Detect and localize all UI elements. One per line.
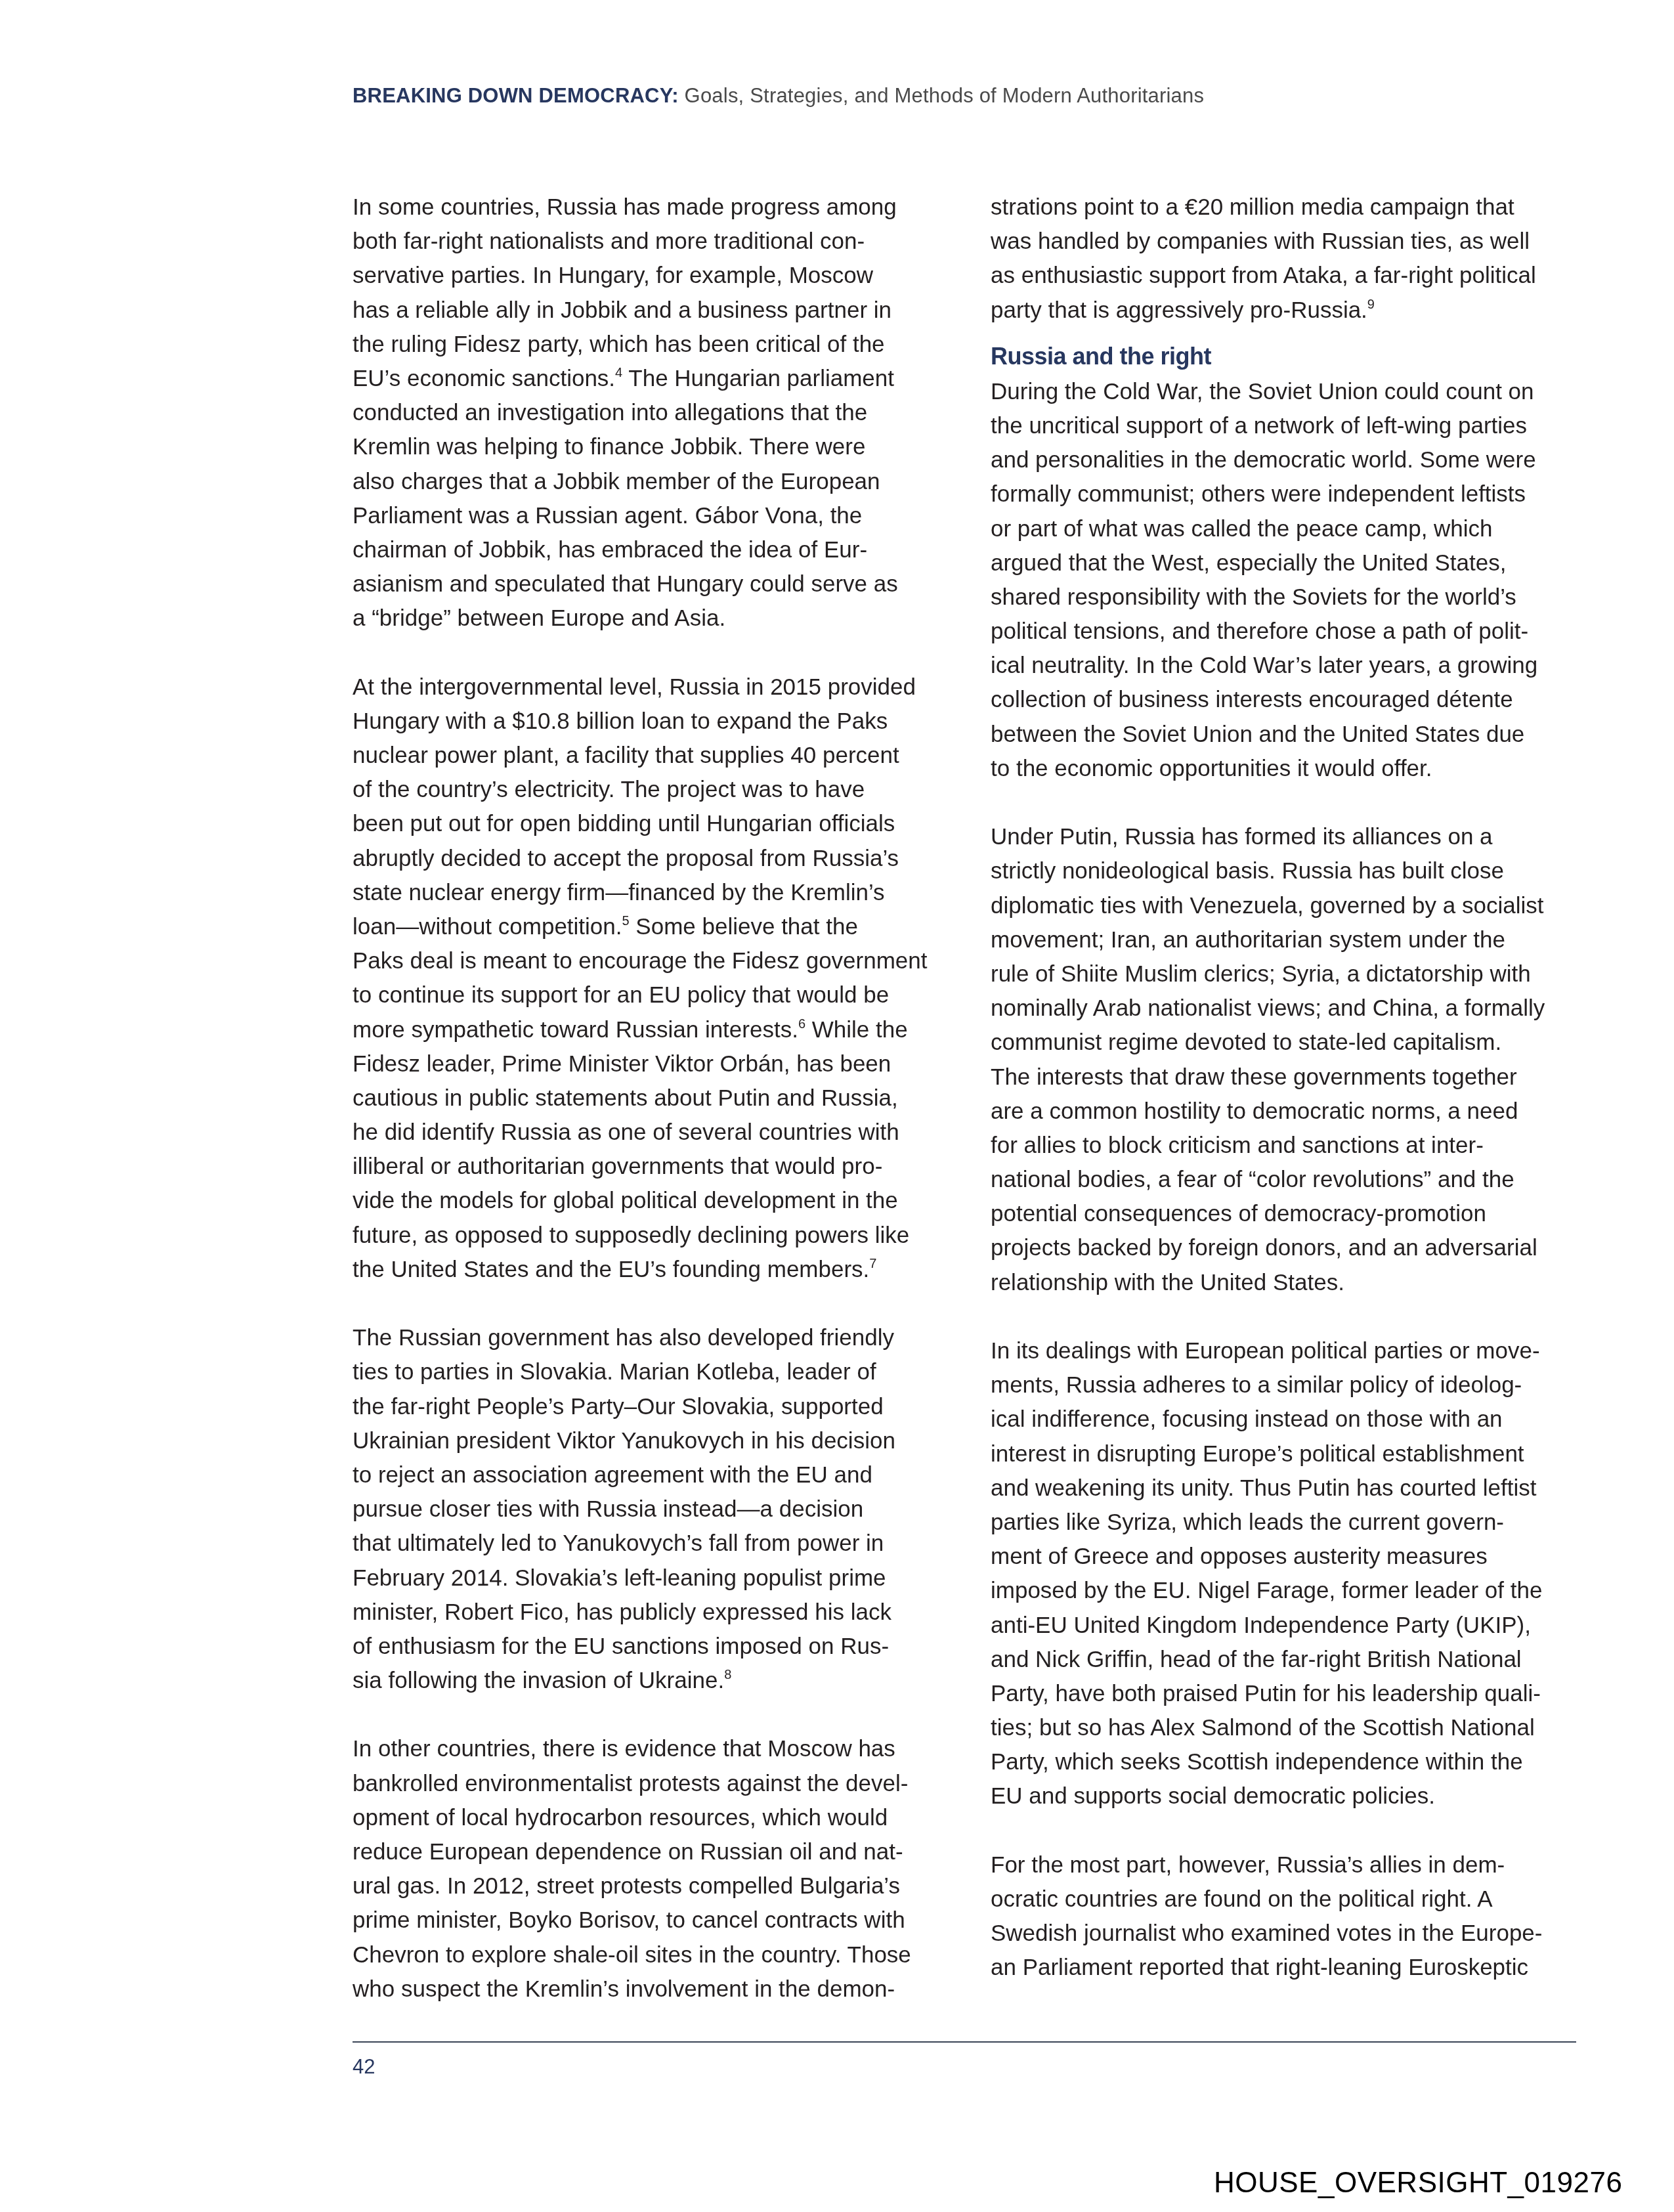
text-line: EU’s economic sanctions.4 The Hungarian … xyxy=(353,362,943,396)
right-column: strations point to a €20 million media c… xyxy=(991,190,1581,1985)
text-line: the United States and the EU’s founding … xyxy=(353,1253,943,1287)
text-line: and personalities in the democratic worl… xyxy=(991,443,1581,477)
page-number: 42 xyxy=(353,2055,375,2079)
text-line: ical neutrality. In the Cold War’s later… xyxy=(991,649,1581,683)
text-line: the ruling Fidesz party, which has been … xyxy=(353,328,943,362)
report-subtitle: Goals, Strategies, and Methods of Modern… xyxy=(685,84,1205,107)
text-line: party that is aggressively pro-Russia.9 xyxy=(991,293,1581,328)
text-line: the uncritical support of a network of l… xyxy=(991,409,1581,443)
text-line: shared responsibility with the Soviets f… xyxy=(991,580,1581,615)
text-line: to continue its support for an EU policy… xyxy=(353,978,943,1012)
paragraph: At the intergovernmental level, Russia i… xyxy=(353,670,943,1287)
paragraph-spacer xyxy=(991,1300,1581,1334)
text-line: ties; but so has Alex Salmond of the Sco… xyxy=(991,1711,1581,1745)
text-line: parties like Syriza, which leads the cur… xyxy=(991,1506,1581,1540)
paragraph: During the Cold War, the Soviet Union co… xyxy=(991,375,1581,786)
text-line: to reject an association agreement with … xyxy=(353,1458,943,1492)
text-line: state nuclear energy firm—financed by th… xyxy=(353,876,943,910)
text-line: Under Putin, Russia has formed its allia… xyxy=(991,820,1581,854)
text-line: anti-EU United Kingdom Independence Part… xyxy=(991,1609,1581,1643)
text-line: Kremlin was helping to finance Jobbik. T… xyxy=(353,430,943,464)
paragraph: strations point to a €20 million media c… xyxy=(991,190,1581,328)
text-line: Swedish journalist who examined votes in… xyxy=(991,1917,1581,1951)
text-line: ties to parties in Slovakia. Marian Kotl… xyxy=(353,1355,943,1389)
text-line: was handled by companies with Russian ti… xyxy=(991,225,1581,259)
text-line: Parliament was a Russian agent. Gábor Vo… xyxy=(353,499,943,533)
text-line: At the intergovernmental level, Russia i… xyxy=(353,670,943,705)
text-line: cautious in public statements about Puti… xyxy=(353,1081,943,1116)
paragraph: The Russian government has also develope… xyxy=(353,1321,943,1698)
text-line: abruptly decided to accept the proposal … xyxy=(353,842,943,876)
text-line: ments, Russia adheres to a similar polic… xyxy=(991,1368,1581,1402)
text-line: Ukrainian president Viktor Yanukovych in… xyxy=(353,1424,943,1458)
text-line: that ultimately led to Yanukovych’s fall… xyxy=(353,1527,943,1561)
text-line: been put out for open bidding until Hung… xyxy=(353,807,943,841)
text-line: argued that the West, especially the Uni… xyxy=(991,546,1581,580)
text-line: sia following the invasion of Ukraine.8 xyxy=(353,1664,943,1698)
text-line: minister, Robert Fico, has publicly expr… xyxy=(353,1595,943,1630)
paragraph-spacer xyxy=(353,636,943,670)
text-line: Fidesz leader, Prime Minister Viktor Orb… xyxy=(353,1047,943,1081)
text-line: communist regime devoted to state-led ca… xyxy=(991,1026,1581,1060)
paragraph: For the most part, however, Russia’s all… xyxy=(991,1848,1581,1985)
text-line: nuclear power plant, a facility that sup… xyxy=(353,739,943,773)
text-line: interest in disrupting Europe’s politica… xyxy=(991,1437,1581,1471)
text-line: diplomatic ties with Venezuela, governed… xyxy=(991,889,1581,923)
text-line: strations point to a €20 million media c… xyxy=(991,190,1581,225)
text-line: relationship with the United States. xyxy=(991,1266,1581,1300)
text-line: reduce European dependence on Russian oi… xyxy=(353,1835,943,1869)
text-line: formally communist; others were independ… xyxy=(991,477,1581,511)
left-column: In some countries, Russia has made progr… xyxy=(353,190,943,2006)
text-line: projects backed by foreign donors, and a… xyxy=(991,1231,1581,1265)
text-line: loan—without competition.5 Some believe … xyxy=(353,910,943,944)
bates-stamp: HOUSE_OVERSIGHT_019276 xyxy=(1214,2167,1622,2200)
footnote-ref[interactable]: 9 xyxy=(1367,297,1375,312)
text-line: for allies to block criticism and sancti… xyxy=(991,1129,1581,1163)
text-line: who suspect the Kremlin’s involvement in… xyxy=(353,1972,943,2006)
text-line: pursue closer ties with Russia instead—a… xyxy=(353,1492,943,1527)
text-line: both far-right nationalists and more tra… xyxy=(353,225,943,259)
text-line: ical indifference, focusing instead on t… xyxy=(991,1402,1581,1437)
text-line: and weakening its unity. Thus Putin has … xyxy=(991,1471,1581,1506)
text-line: a “bridge” between Europe and Asia. xyxy=(353,601,943,636)
paragraph: Under Putin, Russia has formed its allia… xyxy=(991,820,1581,1300)
text-line: rule of Shiite Muslim clerics; Syria, a … xyxy=(991,957,1581,991)
text-line: In other countries, there is evidence th… xyxy=(353,1732,943,1766)
text-line: ocratic countries are found on the polit… xyxy=(991,1882,1581,1917)
paragraph-spacer xyxy=(353,1698,943,1732)
text-line: an Parliament reported that right-leanin… xyxy=(991,1951,1581,1985)
text-line: potential consequences of democracy-prom… xyxy=(991,1197,1581,1231)
text-line: servative parties. In Hungary, for examp… xyxy=(353,259,943,293)
text-line: Hungary with a $10.8 billion loan to exp… xyxy=(353,705,943,739)
footnote-ref[interactable]: 4 xyxy=(615,366,622,380)
text-line: to the economic opportunities it would o… xyxy=(991,752,1581,786)
text-line: Chevron to explore shale-oil sites in th… xyxy=(353,1938,943,1972)
text-line: prime minister, Boyko Borisov, to cancel… xyxy=(353,1903,943,1938)
text-line: ural gas. In 2012, street protests compe… xyxy=(353,1869,943,1903)
text-line: During the Cold War, the Soviet Union co… xyxy=(991,375,1581,409)
report-title: BREAKING DOWN DEMOCRACY: xyxy=(353,84,679,107)
text-line: movement; Iran, an authoritarian system … xyxy=(991,923,1581,957)
section-subheading: Russia and the right xyxy=(991,336,1581,375)
text-line: Paks deal is meant to encourage the Fide… xyxy=(353,944,943,978)
text-line: political tensions, and therefore chose … xyxy=(991,615,1581,649)
footnote-ref[interactable]: 8 xyxy=(724,1668,731,1682)
paragraph-spacer xyxy=(353,1287,943,1321)
paragraph-spacer xyxy=(991,1814,1581,1848)
paragraph-spacer xyxy=(991,786,1581,820)
text-line: In its dealings with European political … xyxy=(991,1334,1581,1368)
text-line: nominally Arab nationalist views; and Ch… xyxy=(991,991,1581,1026)
text-line: ment of Greece and opposes austerity mea… xyxy=(991,1540,1581,1574)
text-line: strictly nonideological basis. Russia ha… xyxy=(991,854,1581,888)
text-line: and Nick Griffin, head of the far-right … xyxy=(991,1643,1581,1677)
text-line: also charges that a Jobbik member of the… xyxy=(353,465,943,499)
paragraph: In its dealings with European political … xyxy=(991,1334,1581,1814)
text-line: he did identify Russia as one of several… xyxy=(353,1116,943,1150)
text-line: or part of what was called the peace cam… xyxy=(991,512,1581,546)
text-line: future, as opposed to supposedly declini… xyxy=(353,1219,943,1253)
text-line: For the most part, however, Russia’s all… xyxy=(991,1848,1581,1882)
running-header: BREAKING DOWN DEMOCRACY: Goals, Strategi… xyxy=(353,84,1204,108)
text-line: Party, have both praised Putin for his l… xyxy=(991,1677,1581,1711)
text-line: chairman of Jobbik, has embraced the ide… xyxy=(353,533,943,567)
text-line: opment of local hydrocarbon resources, w… xyxy=(353,1801,943,1835)
text-line: The interests that draw these government… xyxy=(991,1060,1581,1095)
text-line: In some countries, Russia has made progr… xyxy=(353,190,943,225)
text-line: February 2014. Slovakia’s left-leaning p… xyxy=(353,1561,943,1595)
paragraph: In some countries, Russia has made progr… xyxy=(353,190,943,636)
text-line: are a common hostility to democratic nor… xyxy=(991,1095,1581,1129)
text-line: of the country’s electricity. The projec… xyxy=(353,773,943,807)
text-line: has a reliable ally in Jobbik and a busi… xyxy=(353,293,943,328)
paragraph: In other countries, there is evidence th… xyxy=(353,1732,943,2006)
text-line: as enthusiastic support from Ataka, a fa… xyxy=(991,259,1581,293)
footnote-ref[interactable]: 6 xyxy=(798,1017,805,1031)
text-line: bankrolled environmentalist protests aga… xyxy=(353,1767,943,1801)
text-line: more sympathetic toward Russian interest… xyxy=(353,1013,943,1047)
text-line: asianism and speculated that Hungary cou… xyxy=(353,567,943,601)
text-line: the far-right People’s Party–Our Slovaki… xyxy=(353,1390,943,1424)
text-line: conducted an investigation into allegati… xyxy=(353,396,943,430)
footnote-ref[interactable]: 5 xyxy=(622,914,630,928)
text-line: Party, which seeks Scottish independence… xyxy=(991,1745,1581,1779)
footer-divider xyxy=(353,2041,1576,2043)
text-line: national bodies, a fear of “color revolu… xyxy=(991,1163,1581,1197)
text-line: imposed by the EU. Nigel Farage, former … xyxy=(991,1574,1581,1608)
text-line: of enthusiasm for the EU sanctions impos… xyxy=(353,1630,943,1664)
text-line: between the Soviet Union and the United … xyxy=(991,718,1581,752)
text-line: The Russian government has also develope… xyxy=(353,1321,943,1355)
footnote-ref[interactable]: 7 xyxy=(869,1257,876,1271)
text-line: EU and supports social democratic polici… xyxy=(991,1779,1581,1813)
text-line: collection of business interests encoura… xyxy=(991,683,1581,717)
text-line: illiberal or authoritarian governments t… xyxy=(353,1150,943,1184)
text-line: vide the models for global political dev… xyxy=(353,1184,943,1218)
